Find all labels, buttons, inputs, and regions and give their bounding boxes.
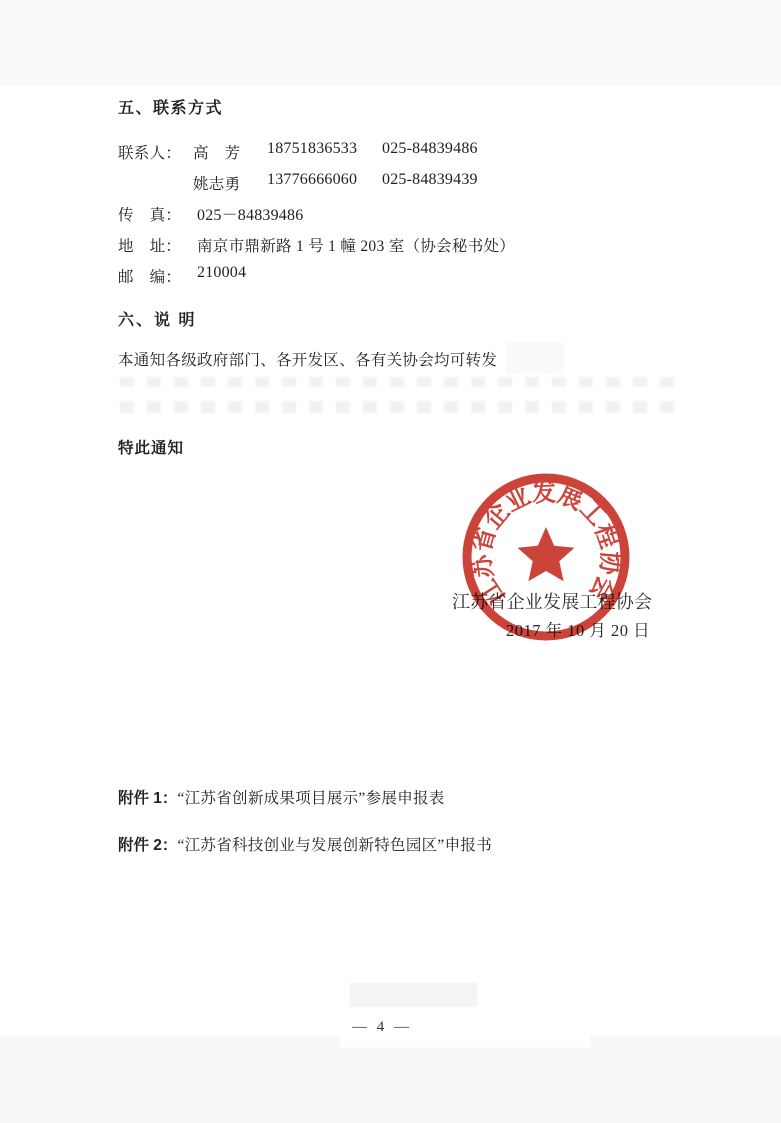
- contact-person-phone: 025-84839486: [382, 140, 478, 158]
- attachment-title: “江苏省科技创业与发展创新特色园区”申报书: [177, 837, 492, 854]
- address-label: 地 址：: [118, 234, 181, 256]
- scan-band-bottom: [0, 1036, 781, 1123]
- attachment-line: 附件 1：“江苏省创新成果项目展示”参展申报表: [118, 786, 445, 808]
- official-seal-stamp: 江苏省企业发展工程协会: [452, 463, 640, 651]
- scan-smudge: [506, 342, 564, 374]
- scan-noise-line: [120, 401, 680, 413]
- attachment-title: “江苏省创新成果项目展示”参展申报表: [177, 790, 444, 807]
- contact-person-name: 高 芳: [193, 141, 240, 163]
- stamp-star-icon: [518, 527, 575, 581]
- fax-label: 传 真：: [118, 203, 181, 225]
- scan-gray-patch: [350, 983, 477, 1007]
- attachment-label: 附件 1：: [118, 790, 177, 807]
- contact-person-label: 联系人：: [118, 141, 181, 163]
- address-value: 南京市鼎新路 1 号 1 幢 203 室（协会秘书处）: [197, 234, 515, 256]
- fax-number: 025－84839486: [197, 202, 303, 225]
- scan-noise-line: [120, 377, 680, 387]
- contact-person-mobile: 13776666060: [267, 171, 357, 189]
- scan-band-top: [0, 0, 781, 86]
- zip-value: 210004: [197, 264, 246, 282]
- contact-person-phone: 025-84839439: [382, 171, 478, 189]
- section-heading-note: 六、说 明: [118, 307, 196, 330]
- document-page: 五、联系方式 联系人： 高 芳 18751836533 025-84839486…: [0, 0, 781, 1123]
- section-heading-contact: 五、联系方式: [118, 95, 223, 118]
- contact-person-mobile: 18751836533: [267, 140, 357, 158]
- contact-person-name: 姚志勇: [193, 172, 240, 194]
- attachment-label: 附件 2：: [118, 837, 177, 854]
- closing-phrase: 特此通知: [118, 436, 184, 458]
- page-number: — 4 —: [352, 1019, 412, 1036]
- note-text: 本通知各级政府部门、各开发区、各有关协会均可转发: [118, 348, 497, 370]
- zip-label: 邮 编：: [118, 265, 181, 287]
- attachment-line: 附件 2：“江苏省科技创业与发展创新特色园区”申报书: [118, 833, 492, 855]
